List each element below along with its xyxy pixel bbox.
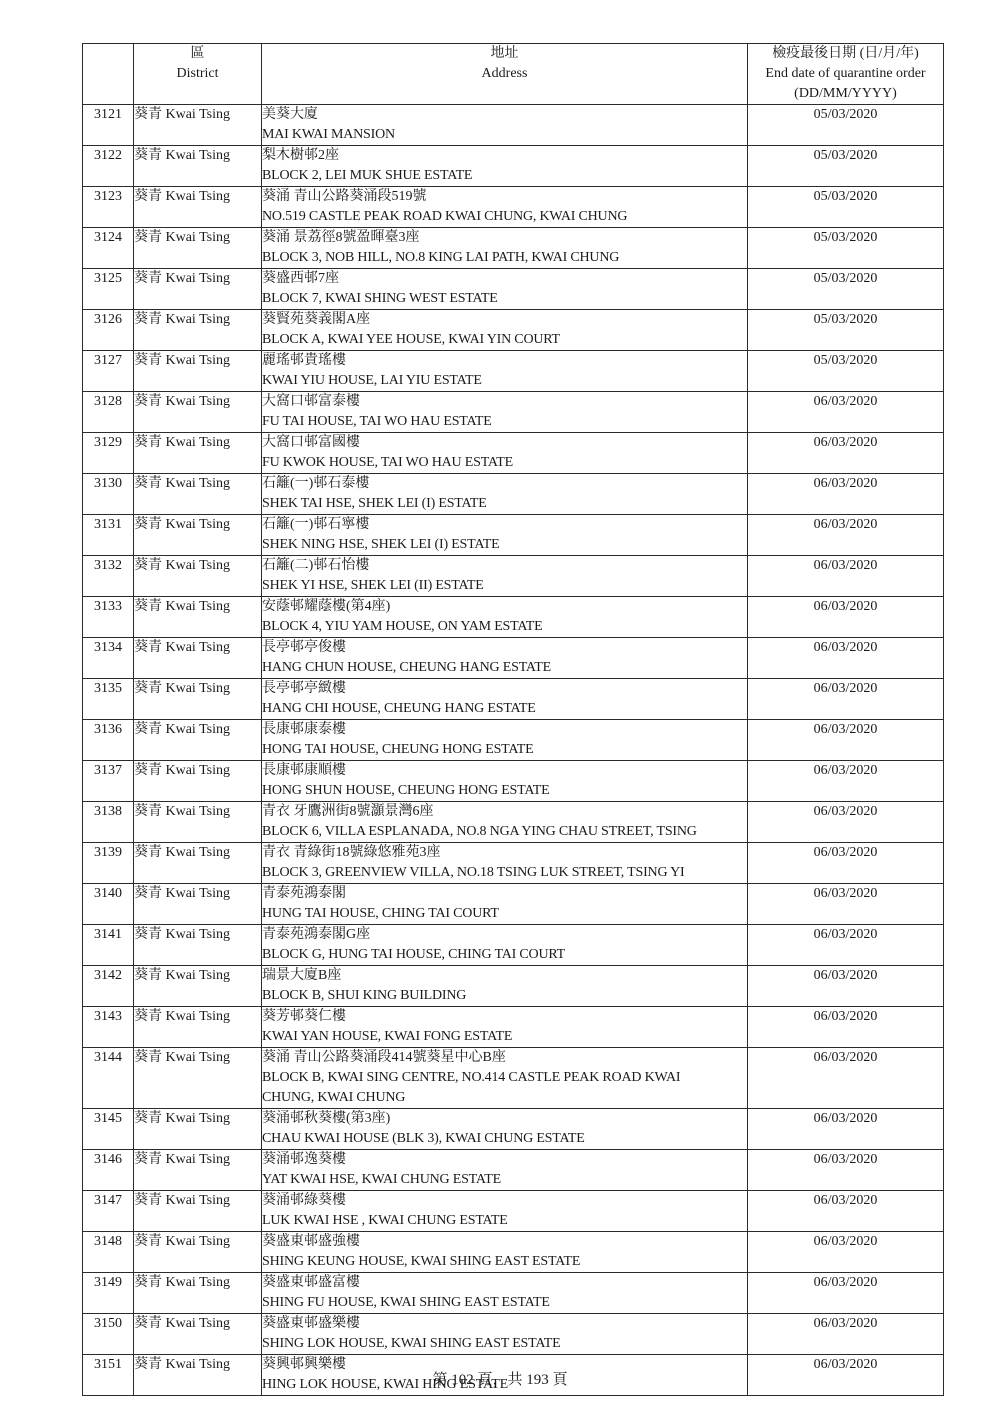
end-date: 06/03/2020 <box>748 802 944 843</box>
address-en: HONG TAI HOUSE, CHEUNG HONG ESTATE <box>262 740 747 760</box>
row-number: 3144 <box>83 1048 134 1109</box>
table-row: 3123葵青 Kwai Tsing葵涌 青山公路葵涌段519號NO.519 CA… <box>83 187 944 228</box>
address-en: FU KWOK HOUSE, TAI WO HAU ESTATE <box>262 453 747 473</box>
table-row: 3127葵青 Kwai Tsing麗瑤邨貴瑤樓KWAI YIU HOUSE, L… <box>83 351 944 392</box>
address: 長亭邨亭俊樓HANG CHUN HOUSE, CHEUNG HANG ESTAT… <box>262 638 748 679</box>
row-number: 3135 <box>83 679 134 720</box>
district: 葵青 Kwai Tsing <box>134 597 262 638</box>
address: 梨木樹邨2座BLOCK 2, LEI MUK SHUE ESTATE <box>262 146 748 187</box>
header-district: 區 District <box>134 44 262 105</box>
address-en: YAT KWAI HSE, KWAI CHUNG ESTATE <box>262 1170 747 1190</box>
address-zh: 美葵大廈 <box>262 105 747 125</box>
row-number: 3126 <box>83 310 134 351</box>
address-zh: 長亭邨亭俊樓 <box>262 638 747 658</box>
end-date: 06/03/2020 <box>748 1150 944 1191</box>
district: 葵青 Kwai Tsing <box>134 720 262 761</box>
row-number: 3145 <box>83 1109 134 1150</box>
row-number: 3136 <box>83 720 134 761</box>
table-row: 3124葵青 Kwai Tsing葵涌 景荔徑8號盈暉臺3座BLOCK 3, N… <box>83 228 944 269</box>
address-en: BLOCK B, KWAI SING CENTRE, NO.414 CASTLE… <box>262 1068 747 1088</box>
table-row: 3134葵青 Kwai Tsing長亭邨亭俊樓HANG CHUN HOUSE, … <box>83 638 944 679</box>
address: 葵涌邨綠葵樓LUK KWAI HSE , KWAI CHUNG ESTATE <box>262 1191 748 1232</box>
address-zh: 石籬(一)邨石泰樓 <box>262 474 747 494</box>
end-date: 06/03/2020 <box>748 474 944 515</box>
district: 葵青 Kwai Tsing <box>134 1191 262 1232</box>
address-en: BLOCK B, SHUI KING BUILDING <box>262 986 747 1006</box>
table-row: 3136葵青 Kwai Tsing長康邨康泰樓HONG TAI HOUSE, C… <box>83 720 944 761</box>
address-zh: 梨木樹邨2座 <box>262 146 747 166</box>
end-date: 06/03/2020 <box>748 1109 944 1150</box>
district: 葵青 Kwai Tsing <box>134 515 262 556</box>
row-number: 3121 <box>83 105 134 146</box>
address-zh: 青衣 青綠街18號綠悠雅苑3座 <box>262 843 747 863</box>
end-date: 06/03/2020 <box>748 597 944 638</box>
end-date: 05/03/2020 <box>748 228 944 269</box>
table-row: 3132葵青 Kwai Tsing石籬(二)邨石怡樓SHEK YI HSE, S… <box>83 556 944 597</box>
address: 青衣 青綠街18號綠悠雅苑3座BLOCK 3, GREENVIEW VILLA,… <box>262 843 748 884</box>
row-number: 3122 <box>83 146 134 187</box>
header-number <box>83 44 134 105</box>
address-en: BLOCK 6, VILLA ESPLANADA, NO.8 NGA YING … <box>262 822 747 842</box>
address-en: KWAI YIU HOUSE, LAI YIU ESTATE <box>262 371 747 391</box>
row-number: 3130 <box>83 474 134 515</box>
table-row: 3146葵青 Kwai Tsing葵涌邨逸葵樓YAT KWAI HSE, KWA… <box>83 1150 944 1191</box>
address: 石籬(二)邨石怡樓SHEK YI HSE, SHEK LEI (II) ESTA… <box>262 556 748 597</box>
row-number: 3131 <box>83 515 134 556</box>
address-zh: 葵涌 青山公路葵涌段414號葵星中心B座 <box>262 1048 747 1068</box>
header-date-format: (DD/MM/YYYY) <box>748 84 943 104</box>
address: 安蔭邨耀蔭樓(第4座)BLOCK 4, YIU YAM HOUSE, ON YA… <box>262 597 748 638</box>
table-row: 3140葵青 Kwai Tsing青泰苑鴻泰閣HUNG TAI HOUSE, C… <box>83 884 944 925</box>
address-en: SHING FU HOUSE, KWAI SHING EAST ESTATE <box>262 1293 747 1313</box>
table-row: 3130葵青 Kwai Tsing石籬(一)邨石泰樓SHEK TAI HSE, … <box>83 474 944 515</box>
table-row: 3128葵青 Kwai Tsing大窩口邨富泰樓FU TAI HOUSE, TA… <box>83 392 944 433</box>
address: 青泰苑鴻泰閣G座BLOCK G, HUNG TAI HOUSE, CHING T… <box>262 925 748 966</box>
address-zh: 瑞景大廈B座 <box>262 966 747 986</box>
address-en: NO.519 CASTLE PEAK ROAD KWAI CHUNG, KWAI… <box>262 207 747 227</box>
table-row: 3148葵青 Kwai Tsing葵盛東邨盛強樓SHING KEUNG HOUS… <box>83 1232 944 1273</box>
table-row: 3147葵青 Kwai Tsing葵涌邨綠葵樓LUK KWAI HSE , KW… <box>83 1191 944 1232</box>
row-number: 3125 <box>83 269 134 310</box>
table-row: 3150葵青 Kwai Tsing葵盛東邨盛樂樓SHING LOK HOUSE,… <box>83 1314 944 1355</box>
address: 大窩口邨富泰樓FU TAI HOUSE, TAI WO HAU ESTATE <box>262 392 748 433</box>
table-row: 3144葵青 Kwai Tsing葵涌 青山公路葵涌段414號葵星中心B座BLO… <box>83 1048 944 1109</box>
header-district-zh: 區 <box>134 44 261 64</box>
district: 葵青 Kwai Tsing <box>134 556 262 597</box>
address: 葵賢苑葵義閣A座BLOCK A, KWAI YEE HOUSE, KWAI YI… <box>262 310 748 351</box>
district: 葵青 Kwai Tsing <box>134 638 262 679</box>
address-en: HONG SHUN HOUSE, CHEUNG HONG ESTATE <box>262 781 747 801</box>
row-number: 3134 <box>83 638 134 679</box>
address: 美葵大廈MAI KWAI MANSION <box>262 105 748 146</box>
table-row: 3142葵青 Kwai Tsing瑞景大廈B座BLOCK B, SHUI KIN… <box>83 966 944 1007</box>
end-date: 06/03/2020 <box>748 433 944 474</box>
address-zh: 石籬(一)邨石寧樓 <box>262 515 747 535</box>
address-en: KWAI YAN HOUSE, KWAI FONG ESTATE <box>262 1027 747 1047</box>
address-zh: 長康邨康泰樓 <box>262 720 747 740</box>
address: 長亭邨亭緻樓HANG CHI HOUSE, CHEUNG HANG ESTATE <box>262 679 748 720</box>
address-en: BLOCK A, KWAI YEE HOUSE, KWAI YIN COURT <box>262 330 747 350</box>
address-zh: 安蔭邨耀蔭樓(第4座) <box>262 597 747 617</box>
end-date: 06/03/2020 <box>748 1273 944 1314</box>
address: 葵盛東邨盛富樓SHING FU HOUSE, KWAI SHING EAST E… <box>262 1273 748 1314</box>
address-en: SHEK NING HSE, SHEK LEI (I) ESTATE <box>262 535 747 555</box>
address-zh: 大窩口邨富泰樓 <box>262 392 747 412</box>
row-number: 3148 <box>83 1232 134 1273</box>
address-zh: 葵盛東邨盛富樓 <box>262 1273 747 1293</box>
end-date: 06/03/2020 <box>748 556 944 597</box>
end-date: 06/03/2020 <box>748 1191 944 1232</box>
quarantine-table: 區 District 地址 Address 檢疫最後日期 (日/月/年) End… <box>82 43 944 1396</box>
address-en: BLOCK 3, NOB HILL, NO.8 KING LAI PATH, K… <box>262 248 747 268</box>
row-number: 3146 <box>83 1150 134 1191</box>
address: 石籬(一)邨石泰樓SHEK TAI HSE, SHEK LEI (I) ESTA… <box>262 474 748 515</box>
end-date: 06/03/2020 <box>748 720 944 761</box>
address: 青泰苑鴻泰閣HUNG TAI HOUSE, CHING TAI COURT <box>262 884 748 925</box>
row-number: 3138 <box>83 802 134 843</box>
end-date: 06/03/2020 <box>748 966 944 1007</box>
table-row: 3149葵青 Kwai Tsing葵盛東邨盛富樓SHING FU HOUSE, … <box>83 1273 944 1314</box>
end-date: 06/03/2020 <box>748 638 944 679</box>
end-date: 06/03/2020 <box>748 515 944 556</box>
address-en: SHING KEUNG HOUSE, KWAI SHING EAST ESTAT… <box>262 1252 747 1272</box>
table-row: 3133葵青 Kwai Tsing安蔭邨耀蔭樓(第4座)BLOCK 4, YIU… <box>83 597 944 638</box>
row-number: 3128 <box>83 392 134 433</box>
address-en: BLOCK 7, KWAI SHING WEST ESTATE <box>262 289 747 309</box>
row-number: 3124 <box>83 228 134 269</box>
address-en: BLOCK G, HUNG TAI HOUSE, CHING TAI COURT <box>262 945 747 965</box>
header-end-date: 檢疫最後日期 (日/月/年) End date of quarantine or… <box>748 44 944 105</box>
district: 葵青 Kwai Tsing <box>134 1007 262 1048</box>
address-zh: 葵盛東邨盛樂樓 <box>262 1314 747 1334</box>
row-number: 3133 <box>83 597 134 638</box>
end-date: 05/03/2020 <box>748 269 944 310</box>
table-row: 3139葵青 Kwai Tsing青衣 青綠街18號綠悠雅苑3座BLOCK 3,… <box>83 843 944 884</box>
address: 葵涌邨逸葵樓YAT KWAI HSE, KWAI CHUNG ESTATE <box>262 1150 748 1191</box>
table-header-row: 區 District 地址 Address 檢疫最後日期 (日/月/年) End… <box>83 44 944 105</box>
header-date-en: End date of quarantine order <box>748 64 943 84</box>
address-en: FU TAI HOUSE, TAI WO HAU ESTATE <box>262 412 747 432</box>
address-zh: 大窩口邨富國樓 <box>262 433 747 453</box>
row-number: 3141 <box>83 925 134 966</box>
address-zh: 葵盛西邨7座 <box>262 269 747 289</box>
address-en: HUNG TAI HOUSE, CHING TAI COURT <box>262 904 747 924</box>
table-row: 3145葵青 Kwai Tsing葵涌邨秋葵樓(第3座)CHAU KWAI HO… <box>83 1109 944 1150</box>
address-zh: 葵賢苑葵義閣A座 <box>262 310 747 330</box>
row-number: 3147 <box>83 1191 134 1232</box>
district: 葵青 Kwai Tsing <box>134 843 262 884</box>
table-row: 3129葵青 Kwai Tsing大窩口邨富國樓FU KWOK HOUSE, T… <box>83 433 944 474</box>
table-row: 3126葵青 Kwai Tsing葵賢苑葵義閣A座BLOCK A, KWAI Y… <box>83 310 944 351</box>
address-zh: 葵涌 景荔徑8號盈暉臺3座 <box>262 228 747 248</box>
table-row: 3143葵青 Kwai Tsing葵芳邨葵仁樓KWAI YAN HOUSE, K… <box>83 1007 944 1048</box>
address-en: BLOCK 4, YIU YAM HOUSE, ON YAM ESTATE <box>262 617 747 637</box>
end-date: 05/03/2020 <box>748 105 944 146</box>
district: 葵青 Kwai Tsing <box>134 146 262 187</box>
table-row: 3122葵青 Kwai Tsing梨木樹邨2座BLOCK 2, LEI MUK … <box>83 146 944 187</box>
header-address: 地址 Address <box>262 44 748 105</box>
table-row: 3131葵青 Kwai Tsing石籬(一)邨石寧樓SHEK NING HSE,… <box>83 515 944 556</box>
table-row: 3138葵青 Kwai Tsing青衣 牙鷹洲街8號灝景灣6座BLOCK 6, … <box>83 802 944 843</box>
district: 葵青 Kwai Tsing <box>134 433 262 474</box>
address-zh: 葵涌 青山公路葵涌段519號 <box>262 187 747 207</box>
table-body: 3121葵青 Kwai Tsing美葵大廈MAI KWAI MANSION05/… <box>83 105 944 1396</box>
district: 葵青 Kwai Tsing <box>134 392 262 433</box>
address-zh: 長亭邨亭緻樓 <box>262 679 747 699</box>
table-row: 3137葵青 Kwai Tsing長康邨康順樓HONG SHUN HOUSE, … <box>83 761 944 802</box>
end-date: 05/03/2020 <box>748 146 944 187</box>
address-en: MAI KWAI MANSION <box>262 125 747 145</box>
address-zh: 青衣 牙鷹洲街8號灝景灣6座 <box>262 802 747 822</box>
address: 葵盛東邨盛強樓SHING KEUNG HOUSE, KWAI SHING EAS… <box>262 1232 748 1273</box>
address: 葵涌邨秋葵樓(第3座)CHAU KWAI HOUSE (BLK 3), KWAI… <box>262 1109 748 1150</box>
end-date: 06/03/2020 <box>748 761 944 802</box>
end-date: 06/03/2020 <box>748 392 944 433</box>
end-date: 06/03/2020 <box>748 1314 944 1355</box>
address-zh: 石籬(二)邨石怡樓 <box>262 556 747 576</box>
district: 葵青 Kwai Tsing <box>134 351 262 392</box>
page-number: 第 102 頁，共 193 頁 <box>0 1368 1000 1389</box>
table-row: 3135葵青 Kwai Tsing長亭邨亭緻樓HANG CHI HOUSE, C… <box>83 679 944 720</box>
row-number: 3149 <box>83 1273 134 1314</box>
district: 葵青 Kwai Tsing <box>134 679 262 720</box>
district: 葵青 Kwai Tsing <box>134 105 262 146</box>
district: 葵青 Kwai Tsing <box>134 474 262 515</box>
district: 葵青 Kwai Tsing <box>134 1109 262 1150</box>
address-zh: 葵涌邨秋葵樓(第3座) <box>262 1109 747 1129</box>
end-date: 06/03/2020 <box>748 679 944 720</box>
table-row: 3125葵青 Kwai Tsing葵盛西邨7座BLOCK 7, KWAI SHI… <box>83 269 944 310</box>
table-row: 3121葵青 Kwai Tsing美葵大廈MAI KWAI MANSION05/… <box>83 105 944 146</box>
row-number: 3127 <box>83 351 134 392</box>
district: 葵青 Kwai Tsing <box>134 1273 262 1314</box>
district: 葵青 Kwai Tsing <box>134 310 262 351</box>
address-en: SHEK TAI HSE, SHEK LEI (I) ESTATE <box>262 494 747 514</box>
address-zh: 葵盛東邨盛強樓 <box>262 1232 747 1252</box>
row-number: 3132 <box>83 556 134 597</box>
end-date: 05/03/2020 <box>748 187 944 228</box>
address-en: SHEK YI HSE, SHEK LEI (II) ESTATE <box>262 576 747 596</box>
header-address-en: Address <box>262 64 747 84</box>
end-date: 05/03/2020 <box>748 310 944 351</box>
address-zh: 麗瑤邨貴瑤樓 <box>262 351 747 371</box>
address: 葵盛東邨盛樂樓SHING LOK HOUSE, KWAI SHING EAST … <box>262 1314 748 1355</box>
address-en: LUK KWAI HSE , KWAI CHUNG ESTATE <box>262 1211 747 1231</box>
header-district-en: District <box>134 64 261 84</box>
end-date: 06/03/2020 <box>748 884 944 925</box>
end-date: 06/03/2020 <box>748 1048 944 1109</box>
address-zh: 長康邨康順樓 <box>262 761 747 781</box>
address-en: BLOCK 3, GREENVIEW VILLA, NO.18 TSING LU… <box>262 863 747 883</box>
address-en: SHING LOK HOUSE, KWAI SHING EAST ESTATE <box>262 1334 747 1354</box>
end-date: 05/03/2020 <box>748 351 944 392</box>
address: 葵盛西邨7座BLOCK 7, KWAI SHING WEST ESTATE <box>262 269 748 310</box>
row-number: 3143 <box>83 1007 134 1048</box>
district: 葵青 Kwai Tsing <box>134 1232 262 1273</box>
row-number: 3139 <box>83 843 134 884</box>
address: 葵涌 青山公路葵涌段414號葵星中心B座BLOCK B, KWAI SING C… <box>262 1048 748 1109</box>
district: 葵青 Kwai Tsing <box>134 761 262 802</box>
address: 青衣 牙鷹洲街8號灝景灣6座BLOCK 6, VILLA ESPLANADA, … <box>262 802 748 843</box>
row-number: 3129 <box>83 433 134 474</box>
address-en: BLOCK 2, LEI MUK SHUE ESTATE <box>262 166 747 186</box>
address: 瑞景大廈B座BLOCK B, SHUI KING BUILDING <box>262 966 748 1007</box>
end-date: 06/03/2020 <box>748 1232 944 1273</box>
row-number: 3123 <box>83 187 134 228</box>
address-zh: 葵涌邨綠葵樓 <box>262 1191 747 1211</box>
address-zh: 葵芳邨葵仁樓 <box>262 1007 747 1027</box>
row-number: 3137 <box>83 761 134 802</box>
address-en-continued: CHUNG, KWAI CHUNG <box>262 1088 747 1108</box>
end-date: 06/03/2020 <box>748 843 944 884</box>
row-number: 3150 <box>83 1314 134 1355</box>
end-date: 06/03/2020 <box>748 925 944 966</box>
row-number: 3140 <box>83 884 134 925</box>
address-en: CHAU KWAI HOUSE (BLK 3), KWAI CHUNG ESTA… <box>262 1129 747 1149</box>
address: 大窩口邨富國樓FU KWOK HOUSE, TAI WO HAU ESTATE <box>262 433 748 474</box>
district: 葵青 Kwai Tsing <box>134 1150 262 1191</box>
district: 葵青 Kwai Tsing <box>134 925 262 966</box>
district: 葵青 Kwai Tsing <box>134 802 262 843</box>
address: 長康邨康泰樓HONG TAI HOUSE, CHEUNG HONG ESTATE <box>262 720 748 761</box>
header-address-zh: 地址 <box>262 44 747 64</box>
district: 葵青 Kwai Tsing <box>134 187 262 228</box>
district: 葵青 Kwai Tsing <box>134 966 262 1007</box>
address-zh: 青泰苑鴻泰閣G座 <box>262 925 747 945</box>
row-number: 3142 <box>83 966 134 1007</box>
end-date: 06/03/2020 <box>748 1007 944 1048</box>
address-en: HANG CHI HOUSE, CHEUNG HANG ESTATE <box>262 699 747 719</box>
address: 石籬(一)邨石寧樓SHEK NING HSE, SHEK LEI (I) EST… <box>262 515 748 556</box>
address: 葵芳邨葵仁樓KWAI YAN HOUSE, KWAI FONG ESTATE <box>262 1007 748 1048</box>
address-zh: 葵涌邨逸葵樓 <box>262 1150 747 1170</box>
address-zh: 青泰苑鴻泰閣 <box>262 884 747 904</box>
address: 葵涌 景荔徑8號盈暉臺3座BLOCK 3, NOB HILL, NO.8 KIN… <box>262 228 748 269</box>
district: 葵青 Kwai Tsing <box>134 228 262 269</box>
address: 麗瑤邨貴瑤樓KWAI YIU HOUSE, LAI YIU ESTATE <box>262 351 748 392</box>
address-en: HANG CHUN HOUSE, CHEUNG HANG ESTATE <box>262 658 747 678</box>
district: 葵青 Kwai Tsing <box>134 884 262 925</box>
table-row: 3141葵青 Kwai Tsing青泰苑鴻泰閣G座BLOCK G, HUNG T… <box>83 925 944 966</box>
address: 葵涌 青山公路葵涌段519號NO.519 CASTLE PEAK ROAD KW… <box>262 187 748 228</box>
district: 葵青 Kwai Tsing <box>134 1314 262 1355</box>
district: 葵青 Kwai Tsing <box>134 269 262 310</box>
header-date-zh: 檢疫最後日期 (日/月/年) <box>748 44 943 64</box>
district: 葵青 Kwai Tsing <box>134 1048 262 1109</box>
address: 長康邨康順樓HONG SHUN HOUSE, CHEUNG HONG ESTAT… <box>262 761 748 802</box>
